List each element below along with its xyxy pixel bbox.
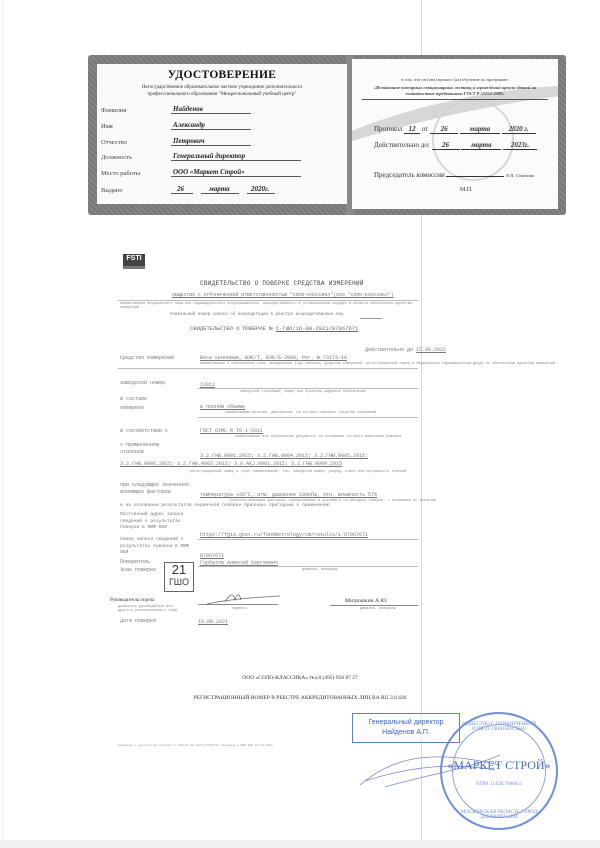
field-label: Место работы (101, 170, 140, 177)
chairman-signature-line (446, 176, 504, 177)
valid-until-year: 2023г. (503, 141, 537, 150)
issuer-line-2: профессионального образования "Межрегион… (101, 91, 343, 98)
scan-edge (0, 840, 600, 848)
underline (171, 193, 193, 194)
underline (171, 145, 251, 146)
protocol-day: 26 (430, 125, 458, 134)
field-issued: Выдано 26 марта 2020г. (101, 182, 341, 194)
watermark-seal (432, 99, 514, 181)
divider (198, 388, 418, 389)
protocol-row: Протокол 12 от 26 марта 2020 г. (374, 125, 536, 134)
certificate-number-row: СВИДЕТЕЛЬСТВО О ПОВЕРКЕ № С-ГШО/16-08-20… (190, 325, 358, 332)
id-card-title: УДОСТОВЕРЕНИЕ (97, 69, 347, 81)
chairman-row: Председатель комиссии Е.П. Семенова (374, 171, 534, 179)
row-value-verified: в полном объеме (200, 404, 245, 410)
underline (171, 176, 301, 177)
protocol-from: от (422, 125, 428, 133)
divider (198, 566, 418, 567)
organization-name: ОБЩЕСТВО С ОГРАНИЧЕННОЙ ОТВЕТСТВЕННОСТЬЮ… (172, 293, 394, 298)
mark-text: ГШО (165, 577, 193, 587)
field-patronymic: Отчество Петрович (101, 134, 341, 146)
valid-until-row: Действительно до: 26 марта 2023г. (374, 141, 537, 150)
id-card-right-page: в том, что он (она) прошел (ла) обучение… (352, 59, 558, 209)
verifier-label: Поверитель (120, 559, 150, 565)
field-value: ООО «Маркет Строй» (173, 168, 245, 176)
field-value: Александр (173, 121, 205, 129)
fgis-number: 87067671 (200, 553, 224, 559)
row-caption-etalons: регистрационный номер и (или) наименован… (190, 470, 406, 474)
issuer-line-1: Негосударственное образовательное частно… (101, 84, 343, 91)
footer-registry: РЕГИСТРАЦИОННЫЙ НОМЕР В РЕЕСТРЕ АККРЕДИТ… (0, 695, 600, 701)
underline (247, 193, 275, 194)
issued-month: марта (209, 185, 230, 193)
program-line-1: «Испытание пожарных стационарных лестниц… (352, 85, 558, 90)
field-workplace: Место работы ООО «Маркет Строй» (101, 165, 341, 177)
row-value-factors: температура +26°С, атм. давление 100кПа,… (200, 492, 377, 498)
verification-mark: 21 ГШО (164, 562, 194, 592)
issued-year: 2020г. (251, 185, 269, 193)
company-seal: ОБЩЕСТВО С ОГРАНИЧЕННОЙ ОТВЕТСТВЕННОСТЬЮ… (440, 712, 558, 830)
row-value-instrument: Весы крановые, ВЭК/Т, ВЭК/Б-2000, Рег. №… (200, 355, 347, 361)
protocol-year: 2020 г. (502, 125, 536, 134)
valid-until-month: марта (461, 141, 501, 150)
row-caption-serial: заводской (серийный) номер или буквенно-… (240, 390, 366, 394)
date-value: 16.08.2021 (198, 619, 228, 625)
field-label: Фамилия (101, 107, 126, 114)
date-label: Дата поверки (120, 618, 156, 624)
valid-until-day: 26 (432, 141, 460, 150)
valid-date: 15.08.2022 (416, 347, 446, 353)
field-name: Имя Александр (101, 118, 341, 130)
chairman-label: Председатель комиссии (374, 171, 445, 179)
protocol-label: Протокол (374, 125, 402, 133)
seal-top-text: ОБЩЕСТВО С ОГРАНИЧЕННОЙ ОТВЕТСТВЕННОСТЬЮ (442, 722, 556, 732)
field-label: Отчество (101, 139, 127, 146)
valid-until: Действительно до 15.08.2022 (365, 347, 446, 353)
verifier-caption: фамилия, инициалы (302, 568, 338, 572)
field-surname: Фамилия Найденов (101, 102, 341, 114)
id-card-left-page: УДОСТОВЕРЕНИЕ Негосударственное образова… (97, 64, 347, 204)
row-label-composition: в составе (120, 396, 147, 402)
field-label: Выдано (101, 187, 123, 194)
valid-label: Действительно до (365, 347, 413, 353)
issued-day: 26 (177, 185, 184, 193)
row-label-serial: заводской номер (120, 380, 165, 386)
underline (171, 129, 251, 130)
organization-caption: наименование юридического лица или индив… (120, 302, 420, 310)
valid-until-label: Действительно до: (374, 141, 430, 149)
row-label-factors: при следующих значениях влияющих факторо… (120, 482, 190, 496)
fgis-number-label: Номер записи сведений о результатах пове… (120, 537, 195, 557)
divider (118, 368, 418, 369)
field-position: Должность Генеральный директор (101, 149, 341, 161)
row-value-etalons: 3.2.ГНВ.0001.2015; 3.2.ГНВ.0004.2015; 3.… (120, 452, 420, 468)
protocol-number: 12 (404, 125, 420, 134)
certificate-number-label: СВИДЕТЕЛЬСТВО О ПОВЕРКЕ № (190, 325, 273, 332)
footer-fine-print: Сведения о результатах поверки С-ГШО/16-… (118, 744, 273, 747)
field-label: Имя (101, 123, 113, 130)
unique-number-label: Уникальный номер записи об аккредитации … (170, 313, 343, 317)
underline (171, 113, 251, 114)
row-caption-instrument: наименование и обозначение типа, модифик… (200, 362, 555, 366)
divider (118, 300, 418, 301)
head-caption: должность руководителя или другого уполн… (118, 605, 188, 613)
row-value-standard: ГОСТ OIML R 76-1-2011 (200, 428, 263, 434)
mark-number: 21 (165, 563, 193, 577)
field-label: Должность (101, 154, 132, 161)
id-card-issuer: Негосударственное образовательное частно… (101, 84, 343, 98)
field-value: Генеральный директор (173, 152, 245, 160)
seal-bottom-text: МОСКОВСКАЯ ОБЛАСТЬ ГОРОД ДЗЕРЖИНСКИЙ (442, 810, 556, 820)
head-sign-caption: подпись (232, 607, 247, 611)
row-caption-verified: наименование величин, диапазонов, на кот… (225, 411, 376, 415)
underline (171, 160, 301, 161)
head-name-line (330, 605, 418, 606)
row-label-instrument: Средство измерений (120, 355, 174, 361)
footer-company: ООО «СОЛО-КЛАССИКА» тел.8 (495) 958 87 2… (0, 675, 600, 681)
protocol-month: марта (460, 125, 500, 134)
seal-place-label: М.П. (460, 187, 473, 193)
fgis-url[interactable]: https://fgis.gost.ru/fundmetrology/cm/re… (200, 532, 368, 538)
divider (362, 99, 548, 100)
program-intro: в том, что он (она) прошел (ла) обучение… (352, 77, 558, 82)
seal-company-name: «МАРКЕТ СТРОЙ» (442, 758, 556, 773)
row-label-standard: в соответствии с (120, 428, 168, 434)
seal-ogrn: ОГРН 1145027006651 (442, 782, 556, 787)
fsti-logo-bar (123, 266, 145, 269)
conclusion: и на основании результатов первичной пов… (120, 503, 330, 508)
head-name-caption: фамилия, инициалы (360, 607, 396, 611)
mark-label: Знак поверки (120, 567, 156, 573)
fgis-url-label: Постоянный адрес записи сведений о резул… (120, 512, 190, 532)
chairman-name: Е.П. Семенова (506, 173, 534, 178)
field-value: Петрович (173, 137, 205, 145)
program-line-2: соответствие требованиям ГОСТ Р 53254-20… (352, 91, 558, 96)
certificate-number: С-ГШО/16-08-2021/87067671 (276, 325, 359, 332)
head-name: Митрошкин А.Ю. (345, 598, 387, 604)
row-label-verified: поверено (120, 405, 144, 411)
divider (198, 417, 418, 418)
id-card: УДОСТОВЕРЕНИЕ Негосударственное образова… (88, 55, 566, 215)
unique-number-line (360, 318, 382, 319)
divider (198, 539, 418, 540)
head-label: Руководитель отдела (110, 598, 154, 603)
certificate-title: СВИДЕТЕЛЬСТВО О ПОВЕРКЕ СРЕДСТВА ИЗМЕРЕН… (200, 280, 364, 287)
underline (201, 193, 239, 194)
field-value: Найденов (173, 105, 203, 113)
row-caption-standard: наименование или обозначение документа, … (235, 435, 401, 439)
